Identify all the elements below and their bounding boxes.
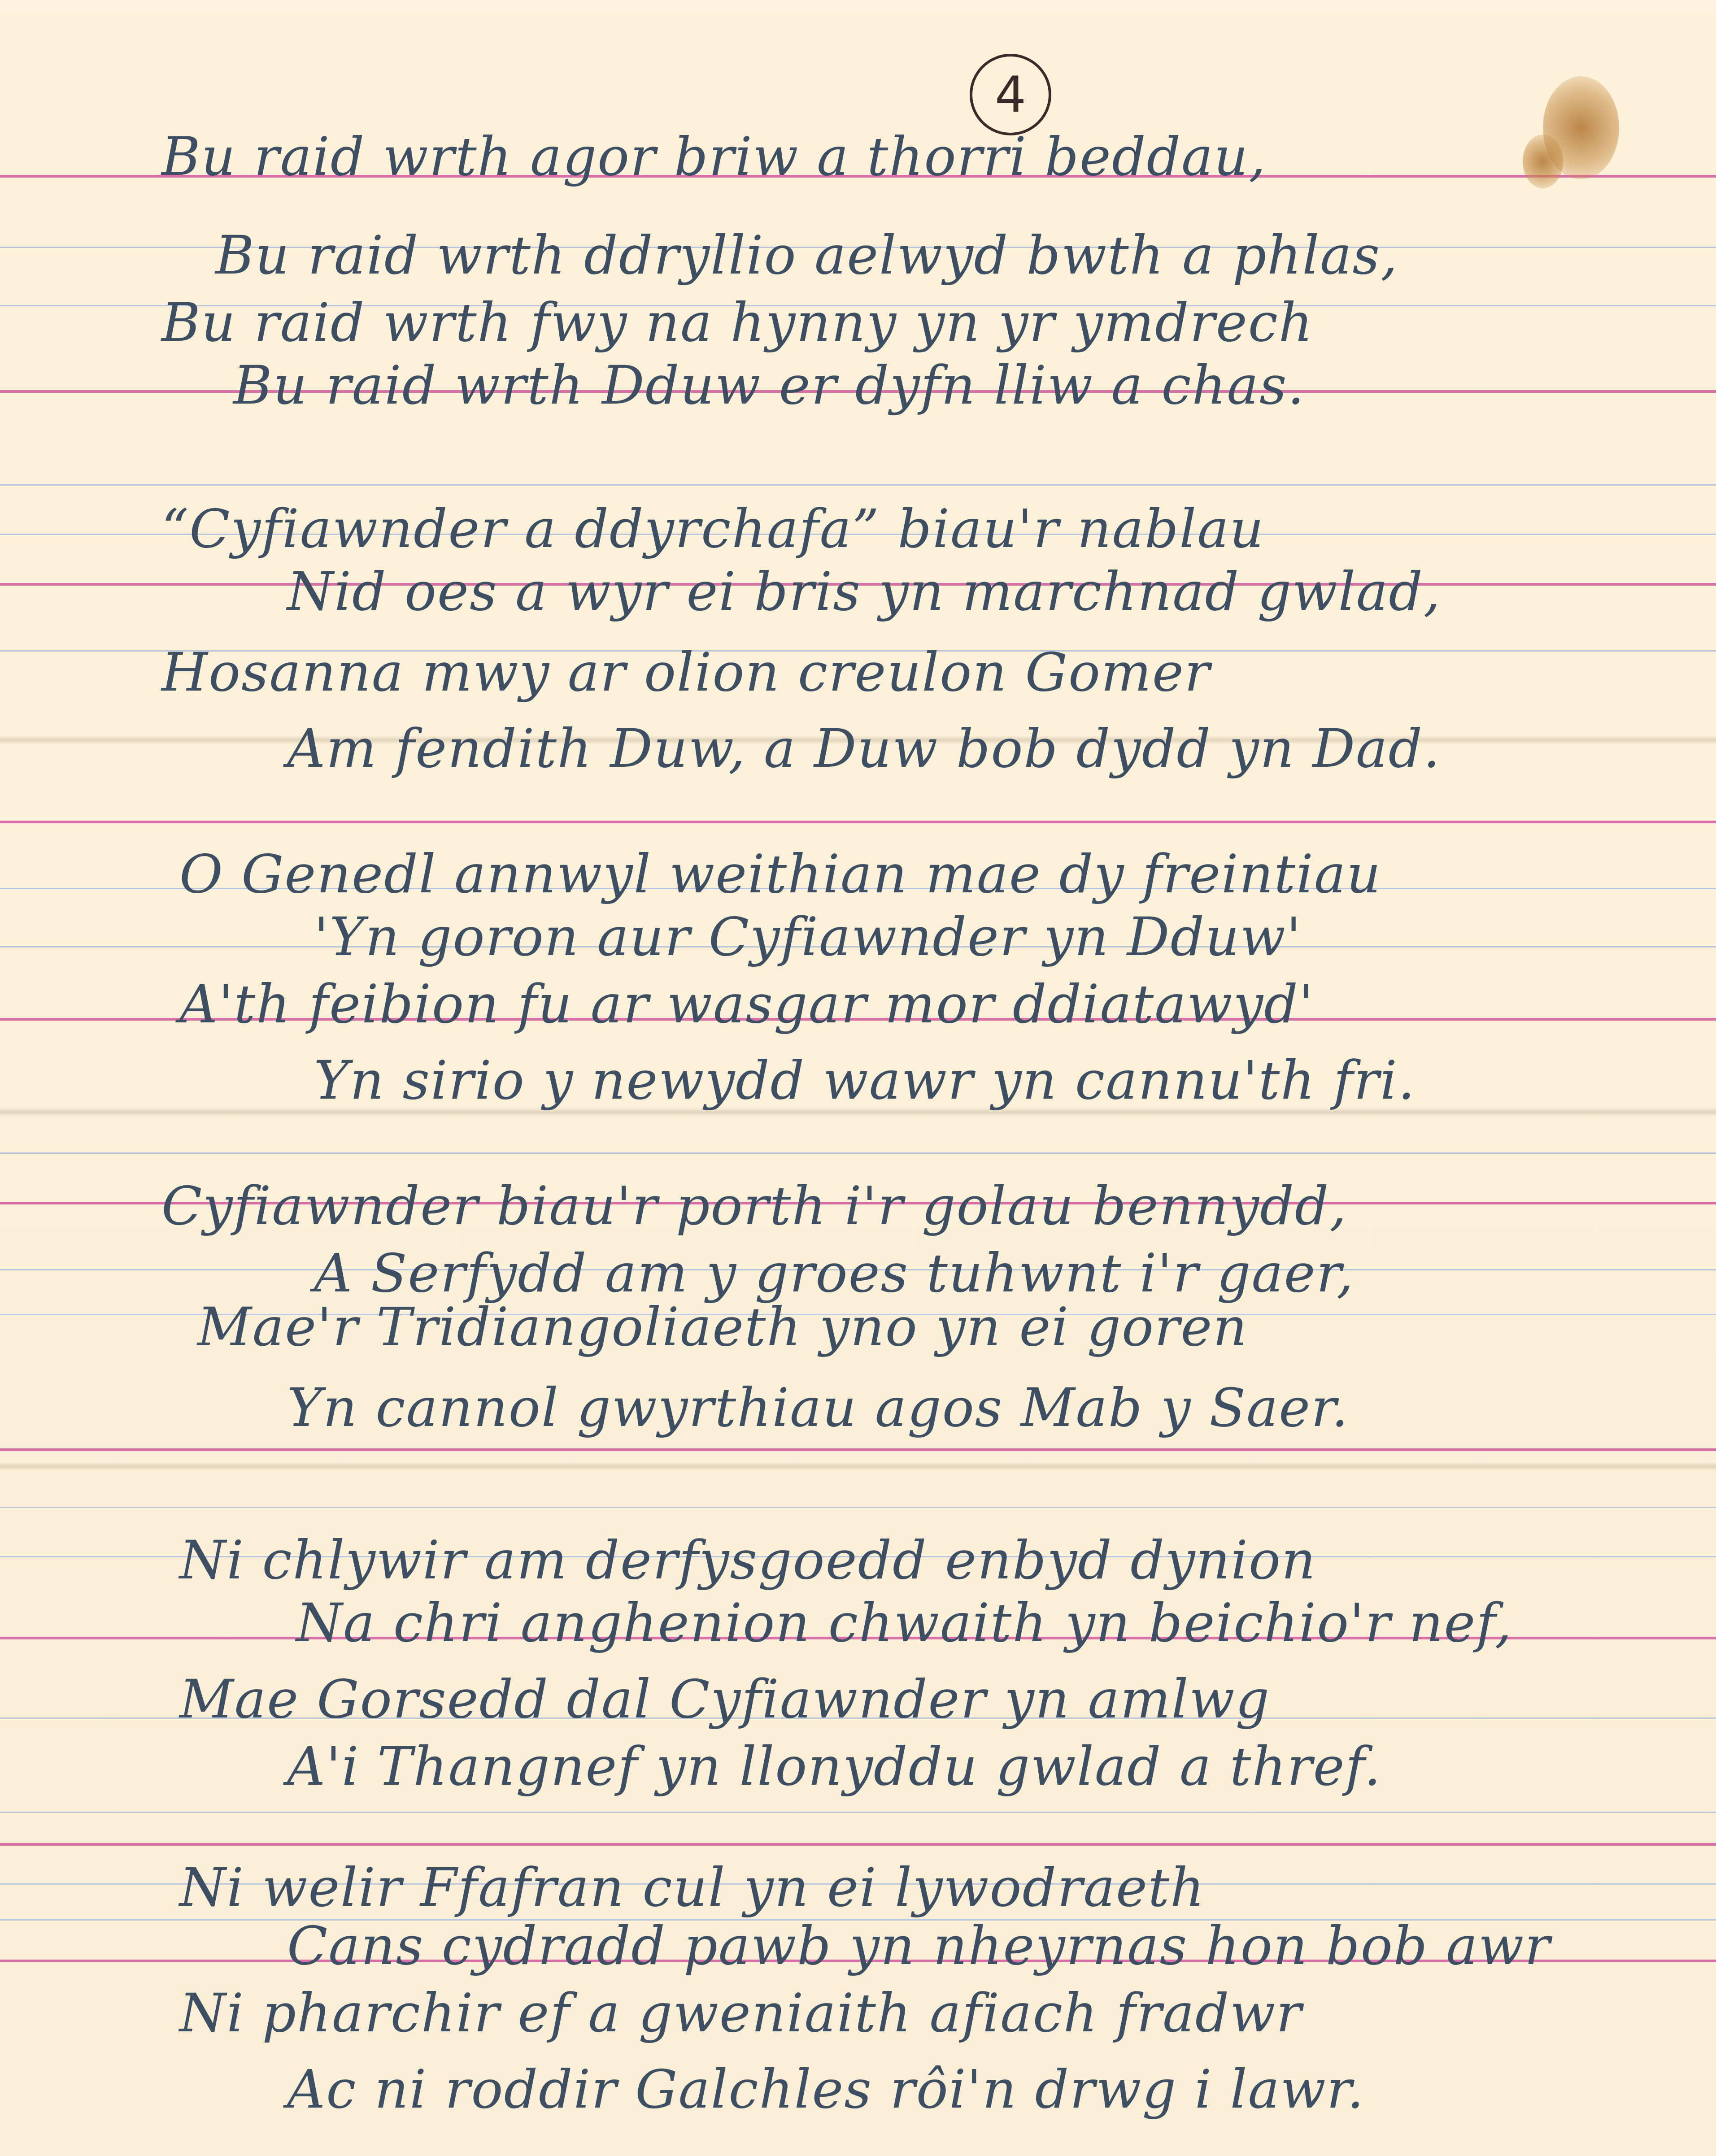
poem-line: A'th feibion fu ar wasgar mor ddiatawyd' bbox=[179, 973, 1314, 1035]
poem-line: A Serfydd am y groes tuhwnt i'r gaer, bbox=[314, 1242, 1355, 1304]
ruled-line-blue bbox=[0, 484, 1716, 486]
poem-line: Ni welir Ffafran cul yn ei lywodraeth bbox=[179, 1856, 1205, 1918]
poem-line: “Cyfiawnder a ddyrchafa” biau'r nablau bbox=[161, 498, 1265, 560]
ruled-line-red bbox=[0, 821, 1716, 823]
ruled-line-blue bbox=[0, 1152, 1716, 1154]
ruled-line-blue bbox=[0, 1812, 1716, 1813]
poem-line: Bu raid wrth agor briw a thorri beddau, bbox=[161, 126, 1267, 187]
poem-line: Yn sirio y newydd wawr yn cannu'th fri. bbox=[314, 1049, 1415, 1111]
ruled-line-blue bbox=[0, 1507, 1716, 1508]
stain-mark bbox=[1523, 135, 1563, 188]
poem-line: O Genedl annwyl weithian mae dy freintia… bbox=[179, 843, 1381, 905]
poem-line: Na chri anghenion chwaith yn beichio'r n… bbox=[296, 1592, 1512, 1654]
poem-line: Am fendith Duw, a Duw bob dydd yn Dad. bbox=[287, 717, 1441, 779]
poem-line: Ni pharchir ef a gweniaith afiach fradwr bbox=[179, 1982, 1302, 2044]
poem-line: Yn cannol gwyrthiau agos Mab y Saer. bbox=[287, 1377, 1349, 1439]
ruled-line-red bbox=[0, 1448, 1716, 1451]
poem-line: Bu raid wrth Dduw er dyfn lliw a chas. bbox=[233, 354, 1305, 416]
poem-line: Mae Gorsedd dal Cyfiawnder yn amlwg bbox=[179, 1668, 1270, 1730]
page-number-circle: 4 bbox=[970, 54, 1051, 135]
poem-line: A'i Thangnef yn llonyddu gwlad a thref. bbox=[287, 1735, 1382, 1797]
poem-line: Mae'r Tridiangoliaeth yno yn ei goren bbox=[197, 1296, 1248, 1358]
poem-line: 'Yn goron aur Cyfiawnder yn Dduw' bbox=[314, 906, 1302, 968]
ruled-line-red bbox=[0, 1843, 1716, 1846]
poem-line: Cans cydradd pawb yn nheyrnas hon bob aw… bbox=[287, 1915, 1551, 1977]
poem-line: Hosanna mwy ar olion creulon Gomer bbox=[161, 641, 1211, 703]
poem-line: Bu raid wrth ddryllio aelwyd bwth a phla… bbox=[215, 224, 1398, 286]
poem-line: Nid oes a wyr ei bris yn marchnad gwlad, bbox=[287, 561, 1441, 622]
poem-line: Ni chlywir am derfysgoedd enbyd dynion bbox=[179, 1529, 1316, 1591]
poem-line: Bu raid wrth fwy na hynny yn yr ymdrech bbox=[161, 291, 1314, 353]
paper-fold-crease bbox=[0, 1462, 1716, 1471]
page-number: 4 bbox=[995, 66, 1026, 123]
manuscript-page: 4 Bu raid wrth agor briw a thorri beddau… bbox=[0, 13, 1716, 2156]
poem-line: Ac ni roddir Galchles rôi'n drwg i lawr. bbox=[287, 2058, 1365, 2120]
poem-line: Cyfiawnder biau'r porth i'r golau bennyd… bbox=[161, 1175, 1347, 1237]
